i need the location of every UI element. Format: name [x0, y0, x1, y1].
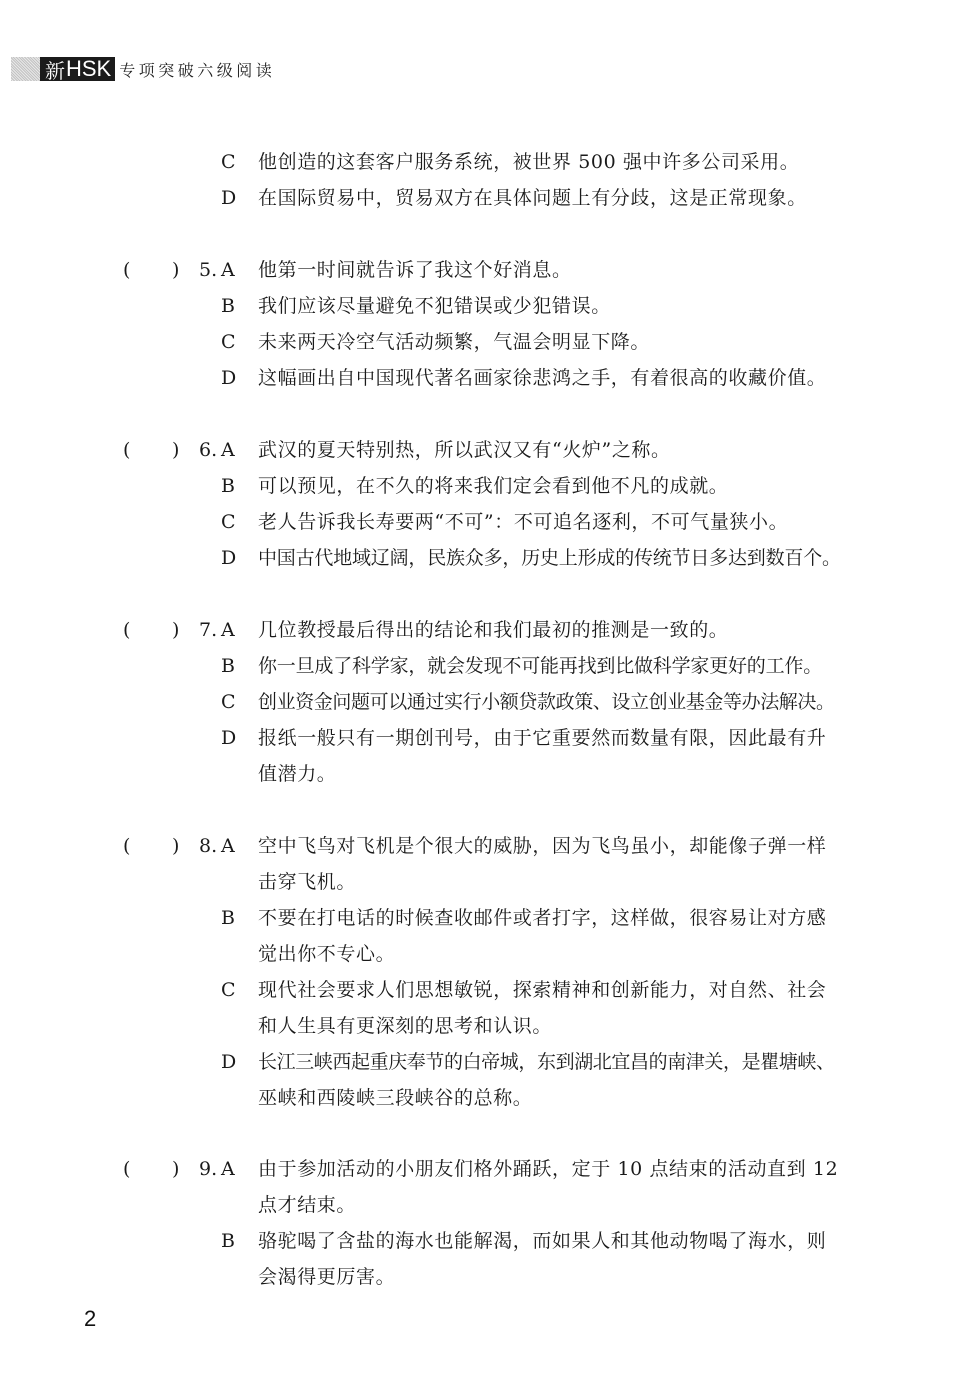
option-letter: C — [221, 330, 236, 354]
answer-blank-open[interactable]: ( — [123, 438, 130, 462]
option-text-continued: 点才结束。 — [258, 1193, 356, 1217]
question-number: 9. — [199, 1157, 217, 1181]
book-header: 新 HSK 专项突破六级阅读 — [11, 57, 275, 81]
answer-blank-open[interactable]: ( — [123, 1157, 130, 1181]
series-title: 专项突破六级阅读 — [119, 58, 275, 81]
option-letter: C — [221, 978, 236, 1002]
badge-prefix: 新 — [45, 55, 65, 84]
option-letter: B — [221, 294, 235, 318]
answer-blank-close: ) — [172, 834, 179, 858]
answer-blank-close: ) — [172, 258, 179, 282]
option-letter: D — [221, 546, 236, 570]
option-letter: B — [221, 906, 235, 930]
option-text-continued: 和人生具有更深刻的思考和认识。 — [258, 1014, 552, 1038]
option-text: 他第一时间就告诉了我这个好消息。 — [258, 258, 572, 282]
option-text: 长江三峡西起重庆奉节的白帝城，东到湖北宜昌的南津关，是瞿塘峡、 — [258, 1050, 835, 1074]
question-number: 6. — [199, 438, 217, 462]
option-letter: A — [221, 834, 235, 858]
badge-hsk: HSK — [66, 56, 111, 82]
option-text: 由于参加活动的小朋友们格外踊跃，定于 10 点结束的活动直到 12 — [258, 1157, 838, 1181]
option-letter: D — [221, 186, 236, 210]
option-text: 报纸一般只有一期创刊号，由于它重要然而数量有限，因此最有升 — [258, 726, 826, 750]
option-letter: B — [221, 474, 235, 498]
option-text-continued: 觉出你不专心。 — [258, 942, 395, 966]
option-letter: A — [221, 258, 235, 282]
answer-blank-close: ) — [172, 618, 179, 642]
option-text: 创业资金问题可以通过实行小额贷款政策、设立创业基金等办法解决。 — [258, 690, 835, 714]
option-letter: A — [221, 1157, 235, 1181]
option-text: 几位教授最后得出的结论和我们最初的推测是一致的。 — [258, 618, 728, 642]
option-letter: A — [221, 618, 235, 642]
option-text: 可以预见，在不久的将来我们定会看到他不凡的成就。 — [258, 474, 728, 498]
option-text: 骆驼喝了含盐的海水也能解渴，而如果人和其他动物喝了海水，则 — [258, 1229, 826, 1253]
option-text-continued: 击穿飞机。 — [258, 870, 356, 894]
question-number: 7. — [199, 618, 217, 642]
option-text: 不要在打电话的时候查收邮件或者打字，这样做，很容易让对方感 — [258, 906, 826, 930]
answer-blank-close: ) — [172, 1157, 179, 1181]
option-text: 你一旦成了科学家，就会发现不可能再找到比做科学家更好的工作。 — [258, 654, 822, 678]
option-text: 老人告诉我长寿要两“不可”：不可追名逐利，不可气量狭小。 — [258, 510, 788, 534]
answer-blank-open[interactable]: ( — [123, 834, 130, 858]
option-text: 他创造的这套客户服务系统，被世界 500 强中许多公司采用。 — [258, 150, 799, 174]
option-letter: D — [221, 1050, 236, 1074]
option-text: 这幅画出自中国现代著名画家徐悲鸿之手，有着很高的收藏价值。 — [258, 366, 826, 390]
option-text: 现代社会要求人们思想敏锐，探索精神和创新能力，对自然、社会 — [258, 978, 826, 1002]
option-text: 中国古代地域辽阔，民族众多，历史上形成的传统节日多达到数百个。 — [258, 546, 841, 570]
page-number: 2 — [84, 1306, 96, 1332]
header-texture-block — [11, 57, 40, 81]
option-text: 武汉的夏天特别热，所以武汉又有“火炉”之称。 — [258, 438, 671, 462]
option-letter: D — [221, 366, 236, 390]
option-letter: C — [221, 510, 236, 534]
option-text: 空中飞鸟对飞机是个很大的威胁，因为飞鸟虽小，却能像子弹一样 — [258, 834, 826, 858]
option-text-continued: 会渴得更厉害。 — [258, 1265, 395, 1289]
answer-blank-close: ) — [172, 438, 179, 462]
option-letter: D — [221, 726, 236, 750]
option-letter: B — [221, 1229, 235, 1253]
hsk-badge: 新 HSK — [40, 57, 115, 81]
option-letter: C — [221, 690, 236, 714]
answer-blank-open[interactable]: ( — [123, 618, 130, 642]
option-letter: B — [221, 654, 235, 678]
answer-blank-open[interactable]: ( — [123, 258, 130, 282]
option-text: 在国际贸易中，贸易双方在具体问题上有分歧，这是正常现象。 — [258, 186, 807, 210]
question-number: 5. — [199, 258, 217, 282]
option-letter: C — [221, 150, 236, 174]
option-text-continued: 值潜力。 — [258, 762, 336, 786]
question-number: 8. — [199, 834, 217, 858]
option-text-continued: 巫峡和西陵峡三段峡谷的总称。 — [258, 1086, 532, 1110]
option-text: 我们应该尽量避免不犯错误或少犯错误。 — [258, 294, 611, 318]
option-text: 未来两天冷空气活动频繁，气温会明显下降。 — [258, 330, 650, 354]
option-letter: A — [221, 438, 235, 462]
